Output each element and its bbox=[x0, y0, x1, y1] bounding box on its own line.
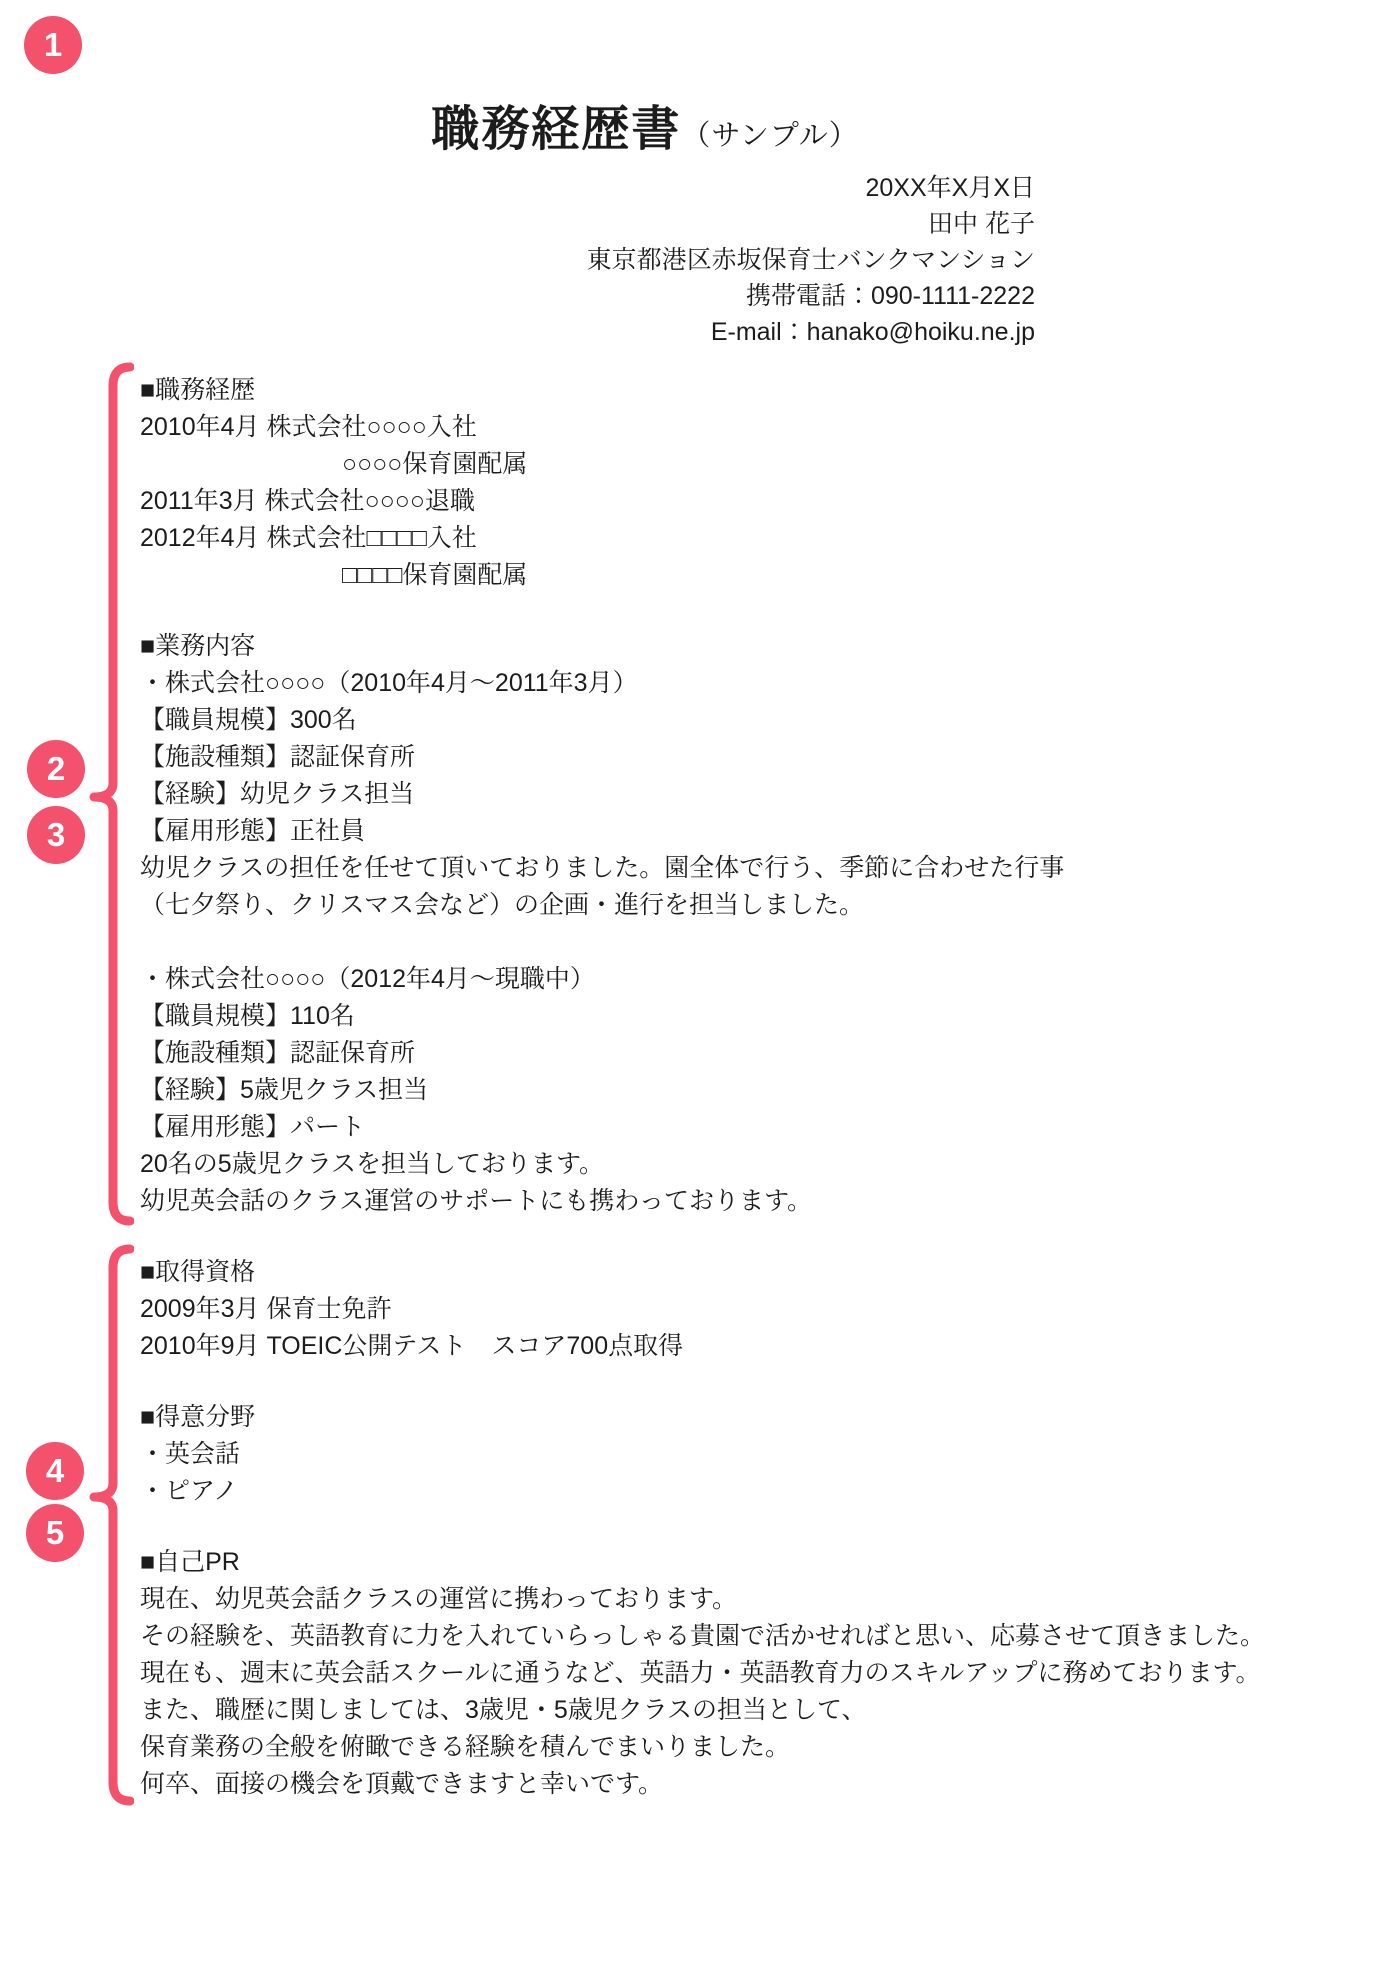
annotation-badge-2: 2 bbox=[27, 740, 85, 798]
applicant-phone: 携帯電話：090-1111-2222 bbox=[140, 278, 1035, 314]
text-line: 保育業務の全般を俯瞰できる経験を積んでまいりました。 bbox=[140, 1729, 1265, 1766]
text-line: 2009年3月 保育士免許 bbox=[140, 1291, 1265, 1328]
section-work-history: ■職務経歴 2010年4月 株式会社○○○○入社○○○○保育園配属2011年3月… bbox=[140, 372, 1265, 594]
text-line: その経験を、英語教育に力を入れていらっしゃる貴園で活かせればと思い、応募させて頂… bbox=[140, 1618, 1265, 1655]
text-line: 2012年4月 株式会社□□□□入社 bbox=[140, 520, 1265, 557]
section-heading: ■自己PR bbox=[140, 1544, 1265, 1581]
text-line: □□□□保育園配属 bbox=[140, 557, 1265, 594]
applicant-email: E-mail：hanako@hoiku.ne.jp bbox=[140, 314, 1035, 350]
text-line: 【施設種類】認証保育所 bbox=[140, 1035, 1265, 1072]
section-brace-icon bbox=[86, 1244, 134, 1806]
text-line: 幼児クラスの担任を任せて頂いておりました。園全体で行う、季節に合わせた行事 bbox=[140, 850, 1265, 887]
text-line: 【雇用形態】パート bbox=[140, 1109, 1265, 1146]
annotation-badge-3: 3 bbox=[27, 806, 85, 864]
text-line: ・株式会社○○○○（2010年4月～2011年3月） bbox=[140, 665, 1265, 702]
section-heading: ■取得資格 bbox=[140, 1254, 1265, 1291]
text-line: 2011年3月 株式会社○○○○退職 bbox=[140, 483, 1265, 520]
section-lines: 2009年3月 保育士免許2010年9月 TOEIC公開テスト スコア700点取… bbox=[140, 1291, 1265, 1365]
section-qualifications: ■取得資格 2009年3月 保育士免許2010年9月 TOEIC公開テスト スコ… bbox=[140, 1254, 1265, 1365]
text-line: 現在、幼児英会話クラスの運営に携わっております。 bbox=[140, 1581, 1265, 1618]
annotation-badge-1: 1 bbox=[24, 16, 82, 74]
text-line: 2010年4月 株式会社○○○○入社 bbox=[140, 409, 1265, 446]
section-self-pr: ■自己PR 現在、幼児英会話クラスの運営に携わっております。その経験を、英語教育… bbox=[140, 1544, 1265, 1803]
section-heading: ■業務内容 bbox=[140, 628, 1265, 665]
annotation-badge-4: 4 bbox=[26, 1442, 84, 1500]
date-line: 20XX年X月X日 bbox=[140, 170, 1035, 206]
applicant-info-block: 20XX年X月X日 田中 花子 東京都港区赤坂保育士バンクマンション 携帯電話：… bbox=[140, 170, 1035, 350]
section-brace-icon bbox=[86, 362, 134, 1226]
section-heading: ■職務経歴 bbox=[140, 372, 1265, 409]
text-line: 【雇用形態】正社員 bbox=[140, 813, 1265, 850]
text-line: ・英会話 bbox=[140, 1436, 1265, 1473]
text-line: 【経験】幼児クラス担当 bbox=[140, 776, 1265, 813]
annotation-badge-5: 5 bbox=[26, 1504, 84, 1562]
text-line: 【施設種類】認証保育所 bbox=[140, 739, 1265, 776]
text-line: ○○○○保育園配属 bbox=[140, 446, 1265, 483]
text-line: 現在も、週末に英会話スクールに通うなど、英語力・英語教育力のスキルアップに務めて… bbox=[140, 1655, 1265, 1692]
text-line: 2010年9月 TOEIC公開テスト スコア700点取得 bbox=[140, 1328, 1265, 1365]
text-line: 幼児英会話のクラス運営のサポートにも携わっております。 bbox=[140, 1183, 1265, 1220]
text-line: ・株式会社○○○○（2012年4月～現職中） bbox=[140, 961, 1265, 998]
page-title: 職務経歴書 bbox=[431, 103, 681, 156]
document-title-row: 職務経歴書（サンプル） bbox=[0, 90, 1290, 159]
resume-sample-page: 1 2 3 4 5 職務経歴書（サンプル） 20XX年X月X日 田中 花子 東京… bbox=[0, 0, 1396, 1974]
text-line: 20名の5歳児クラスを担当しております。 bbox=[140, 1146, 1265, 1183]
text-line: （七夕祭り、クリスマス会など）の企画・進行を担当しました。 bbox=[140, 887, 1265, 924]
applicant-name: 田中 花子 bbox=[140, 206, 1035, 242]
text-line: 何卒、面接の機会を頂戴できますと幸いです。 bbox=[140, 1766, 1265, 1803]
section-specialties: ■得意分野 ・英会話・ピアノ bbox=[140, 1399, 1265, 1510]
section-lines: 2010年4月 株式会社○○○○入社○○○○保育園配属2011年3月 株式会社○… bbox=[140, 409, 1265, 594]
text-line: 【職員規模】110名 bbox=[140, 998, 1265, 1035]
text-line: 【経験】5歳児クラス担当 bbox=[140, 1072, 1265, 1109]
section-lines: ・英会話・ピアノ bbox=[140, 1436, 1265, 1510]
text-line bbox=[140, 924, 1265, 961]
applicant-address: 東京都港区赤坂保育士バンクマンション bbox=[140, 242, 1035, 278]
section-heading: ■得意分野 bbox=[140, 1399, 1265, 1436]
document-body: ■職務経歴 2010年4月 株式会社○○○○入社○○○○保育園配属2011年3月… bbox=[140, 372, 1265, 1803]
text-line: ・ピアノ bbox=[140, 1473, 1265, 1510]
text-line: また、職歴に関しましては、3歳児・5歳児クラスの担当として、 bbox=[140, 1692, 1265, 1729]
text-line: 【職員規模】300名 bbox=[140, 702, 1265, 739]
section-job-description: ■業務内容 ・株式会社○○○○（2010年4月～2011年3月）【職員規模】30… bbox=[140, 628, 1265, 1220]
page-title-suffix: （サンプル） bbox=[681, 120, 858, 152]
section-lines: ・株式会社○○○○（2010年4月～2011年3月）【職員規模】300名【施設種… bbox=[140, 665, 1265, 1220]
section-lines: 現在、幼児英会話クラスの運営に携わっております。その経験を、英語教育に力を入れて… bbox=[140, 1581, 1265, 1803]
